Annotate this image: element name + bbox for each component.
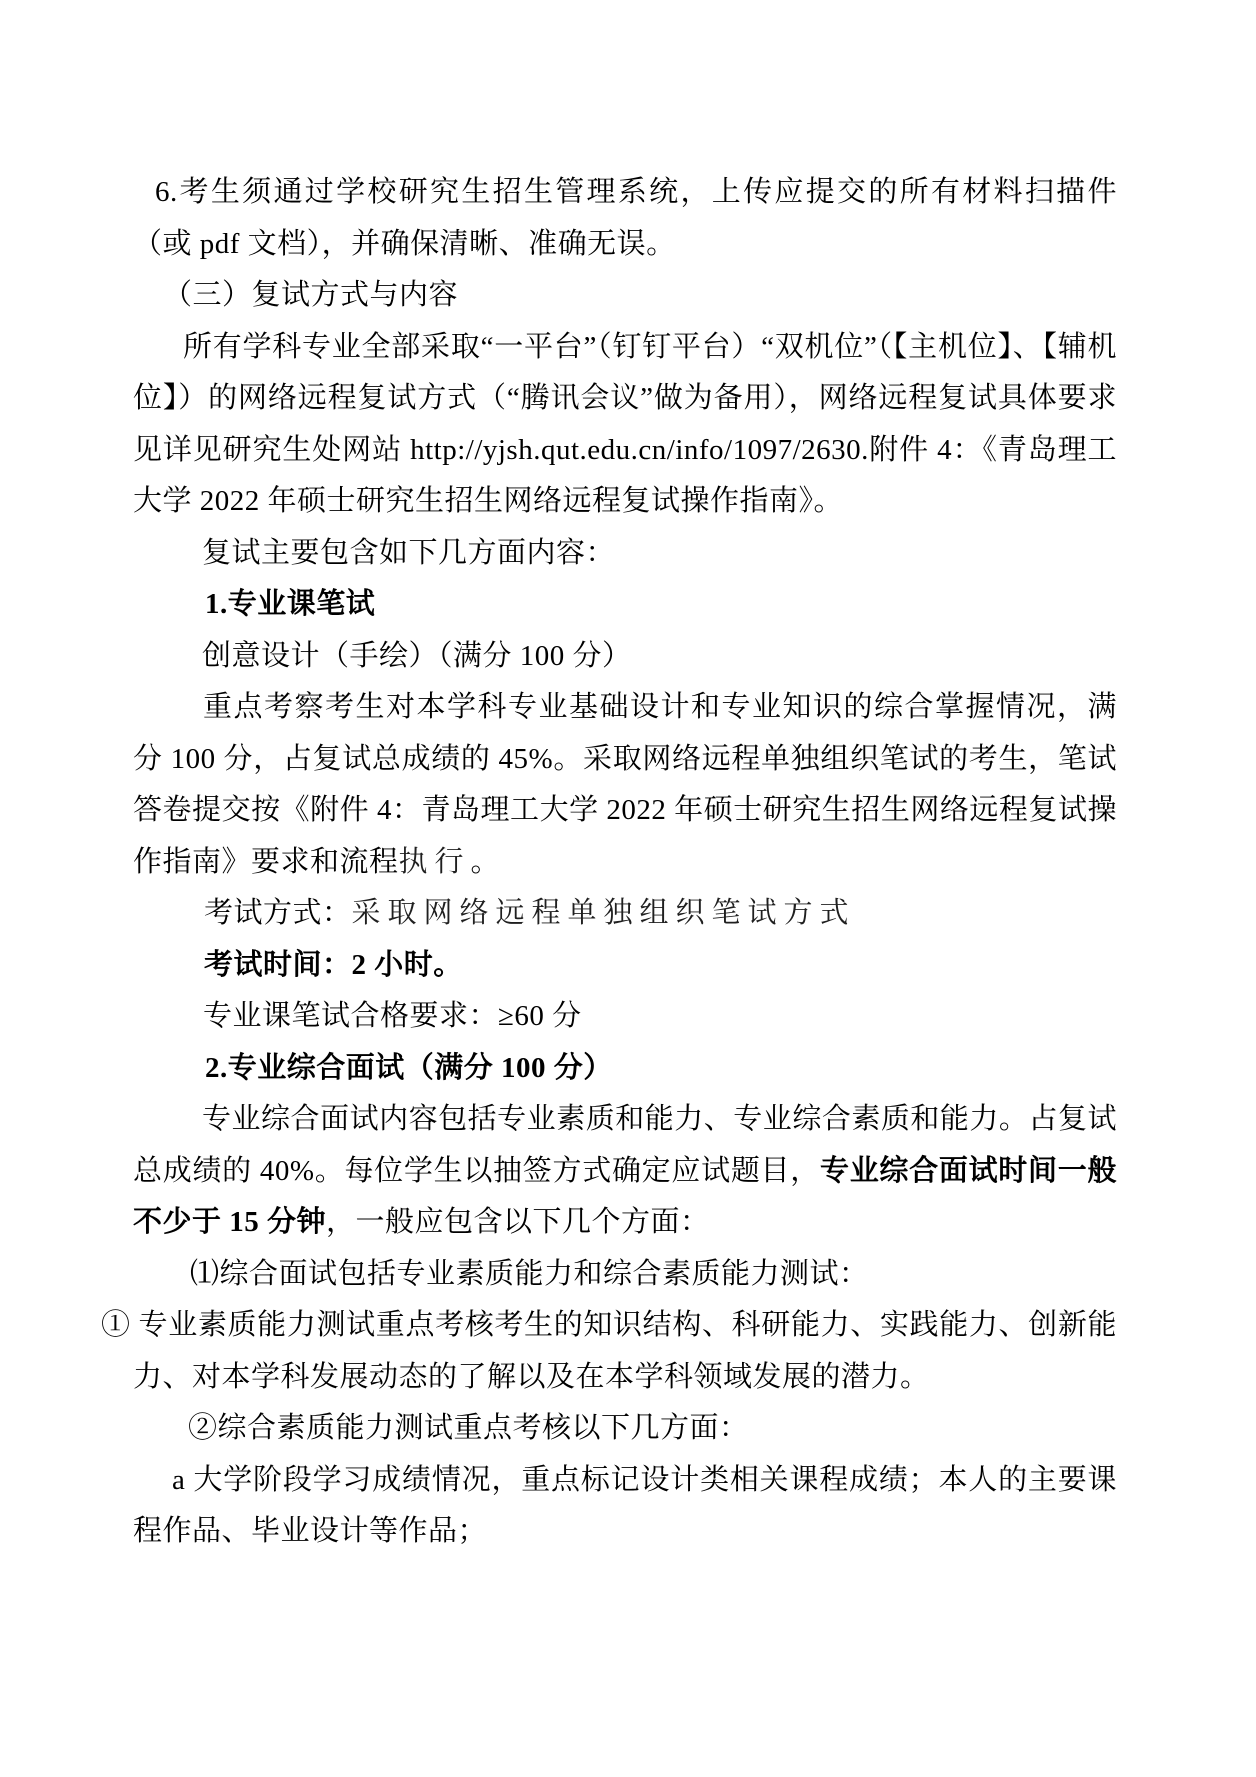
paragraph: 考试时间：2 小时。 [133, 940, 1117, 992]
text-run: ⑴综合面试包括专业素质能力和综合素质能力测试： [190, 1258, 869, 1290]
text-run: ②综合素质能力测试重点考核以下几方面： [188, 1412, 749, 1444]
text-run: 所有学科专业全部采取“一平台”（钉钉平台）“双机位”（【主机位】、【辅机位】）的… [133, 331, 1117, 518]
text-run: 6.考生须通过学校研究生招生管理系统，上传应提交的所有材料扫描件（或 pdf 文… [133, 176, 1117, 260]
document-page: 6.考生须通过学校研究生招生管理系统，上传应提交的所有材料扫描件（或 pdf 文… [0, 0, 1256, 1777]
paragraph: 2.专业综合面试（满分 100 分） [133, 1043, 1117, 1095]
paragraph: ① 专业素质能力测试重点考核考生的知识结构、科研能力、实践能力、创新能力、对本学… [133, 1300, 1117, 1403]
paragraph: 所有学科专业全部采取“一平台”（钉钉平台）“双机位”（【主机位】、【辅机位】）的… [133, 322, 1117, 528]
paragraph: 6.考生须通过学校研究生招生管理系统，上传应提交的所有材料扫描件（或 pdf 文… [133, 167, 1117, 270]
text-run: a 大学阶段学习成绩情况，重点标记设计类相关课程成绩；本人的主要课程作品、毕业设… [133, 1464, 1117, 1548]
document-content: 6.考生须通过学校研究生招生管理系统，上传应提交的所有材料扫描件（或 pdf 文… [133, 167, 1117, 1558]
paragraph: 创意设计（手绘）（满分 100 分） [133, 631, 1117, 683]
text-run: 专业课笔试合格要求：≥60 分 [203, 1000, 582, 1032]
paragraph: ②综合素质能力测试重点考核以下几方面： [133, 1403, 1117, 1455]
bold-text-run: 考试时间：2 小时。 [204, 949, 463, 981]
alt-font-text-run: 执行 [399, 846, 471, 878]
paragraph: 复试主要包含如下几方面内容： [133, 528, 1117, 580]
text-run: ，一般应包含以下几个方面： [326, 1206, 710, 1238]
paragraph: 专业综合面试内容包括专业素质和能力、专业综合素质和能力。占复试总成绩的 40%。… [133, 1094, 1117, 1249]
bold-text-run: 1.专业课笔试 [205, 588, 375, 620]
paragraph: ⑴综合面试包括专业素质能力和综合素质能力测试： [133, 1249, 1117, 1301]
alt-font-text-run: 采取网络远程单独组织笔试方式 [352, 897, 856, 929]
paragraph: 专业课笔试合格要求：≥60 分 [133, 991, 1117, 1043]
paragraph: 考试方式：采取网络远程单独组织笔试方式 [133, 888, 1117, 940]
text-run: ① 专业素质能力测试重点考核考生的知识结构、科研能力、实践能力、创新能力、对本学… [101, 1309, 1117, 1393]
text-run: 重点考察考生对本学科专业基础设计和专业知识的综合掌握情况，满分 100 分，占复… [133, 691, 1117, 878]
text-run: 复试主要包含如下几方面内容： [202, 537, 615, 569]
bold-text-run: 2.专业综合面试（满分 100 分） [205, 1052, 613, 1084]
text-run: 。 [471, 846, 501, 878]
text-run: （三）复试方式与内容 [163, 279, 458, 311]
paragraph: 重点考察考生对本学科专业基础设计和专业知识的综合掌握情况，满分 100 分，占复… [133, 682, 1117, 888]
text-run: 创意设计（手绘）（满分 100 分） [202, 640, 632, 672]
text-run: 考试方式： [204, 897, 352, 929]
paragraph: （三）复试方式与内容 [133, 270, 1117, 322]
paragraph: a 大学阶段学习成绩情况，重点标记设计类相关课程成绩；本人的主要课程作品、毕业设… [133, 1455, 1117, 1558]
paragraph: 1.专业课笔试 [133, 579, 1117, 631]
